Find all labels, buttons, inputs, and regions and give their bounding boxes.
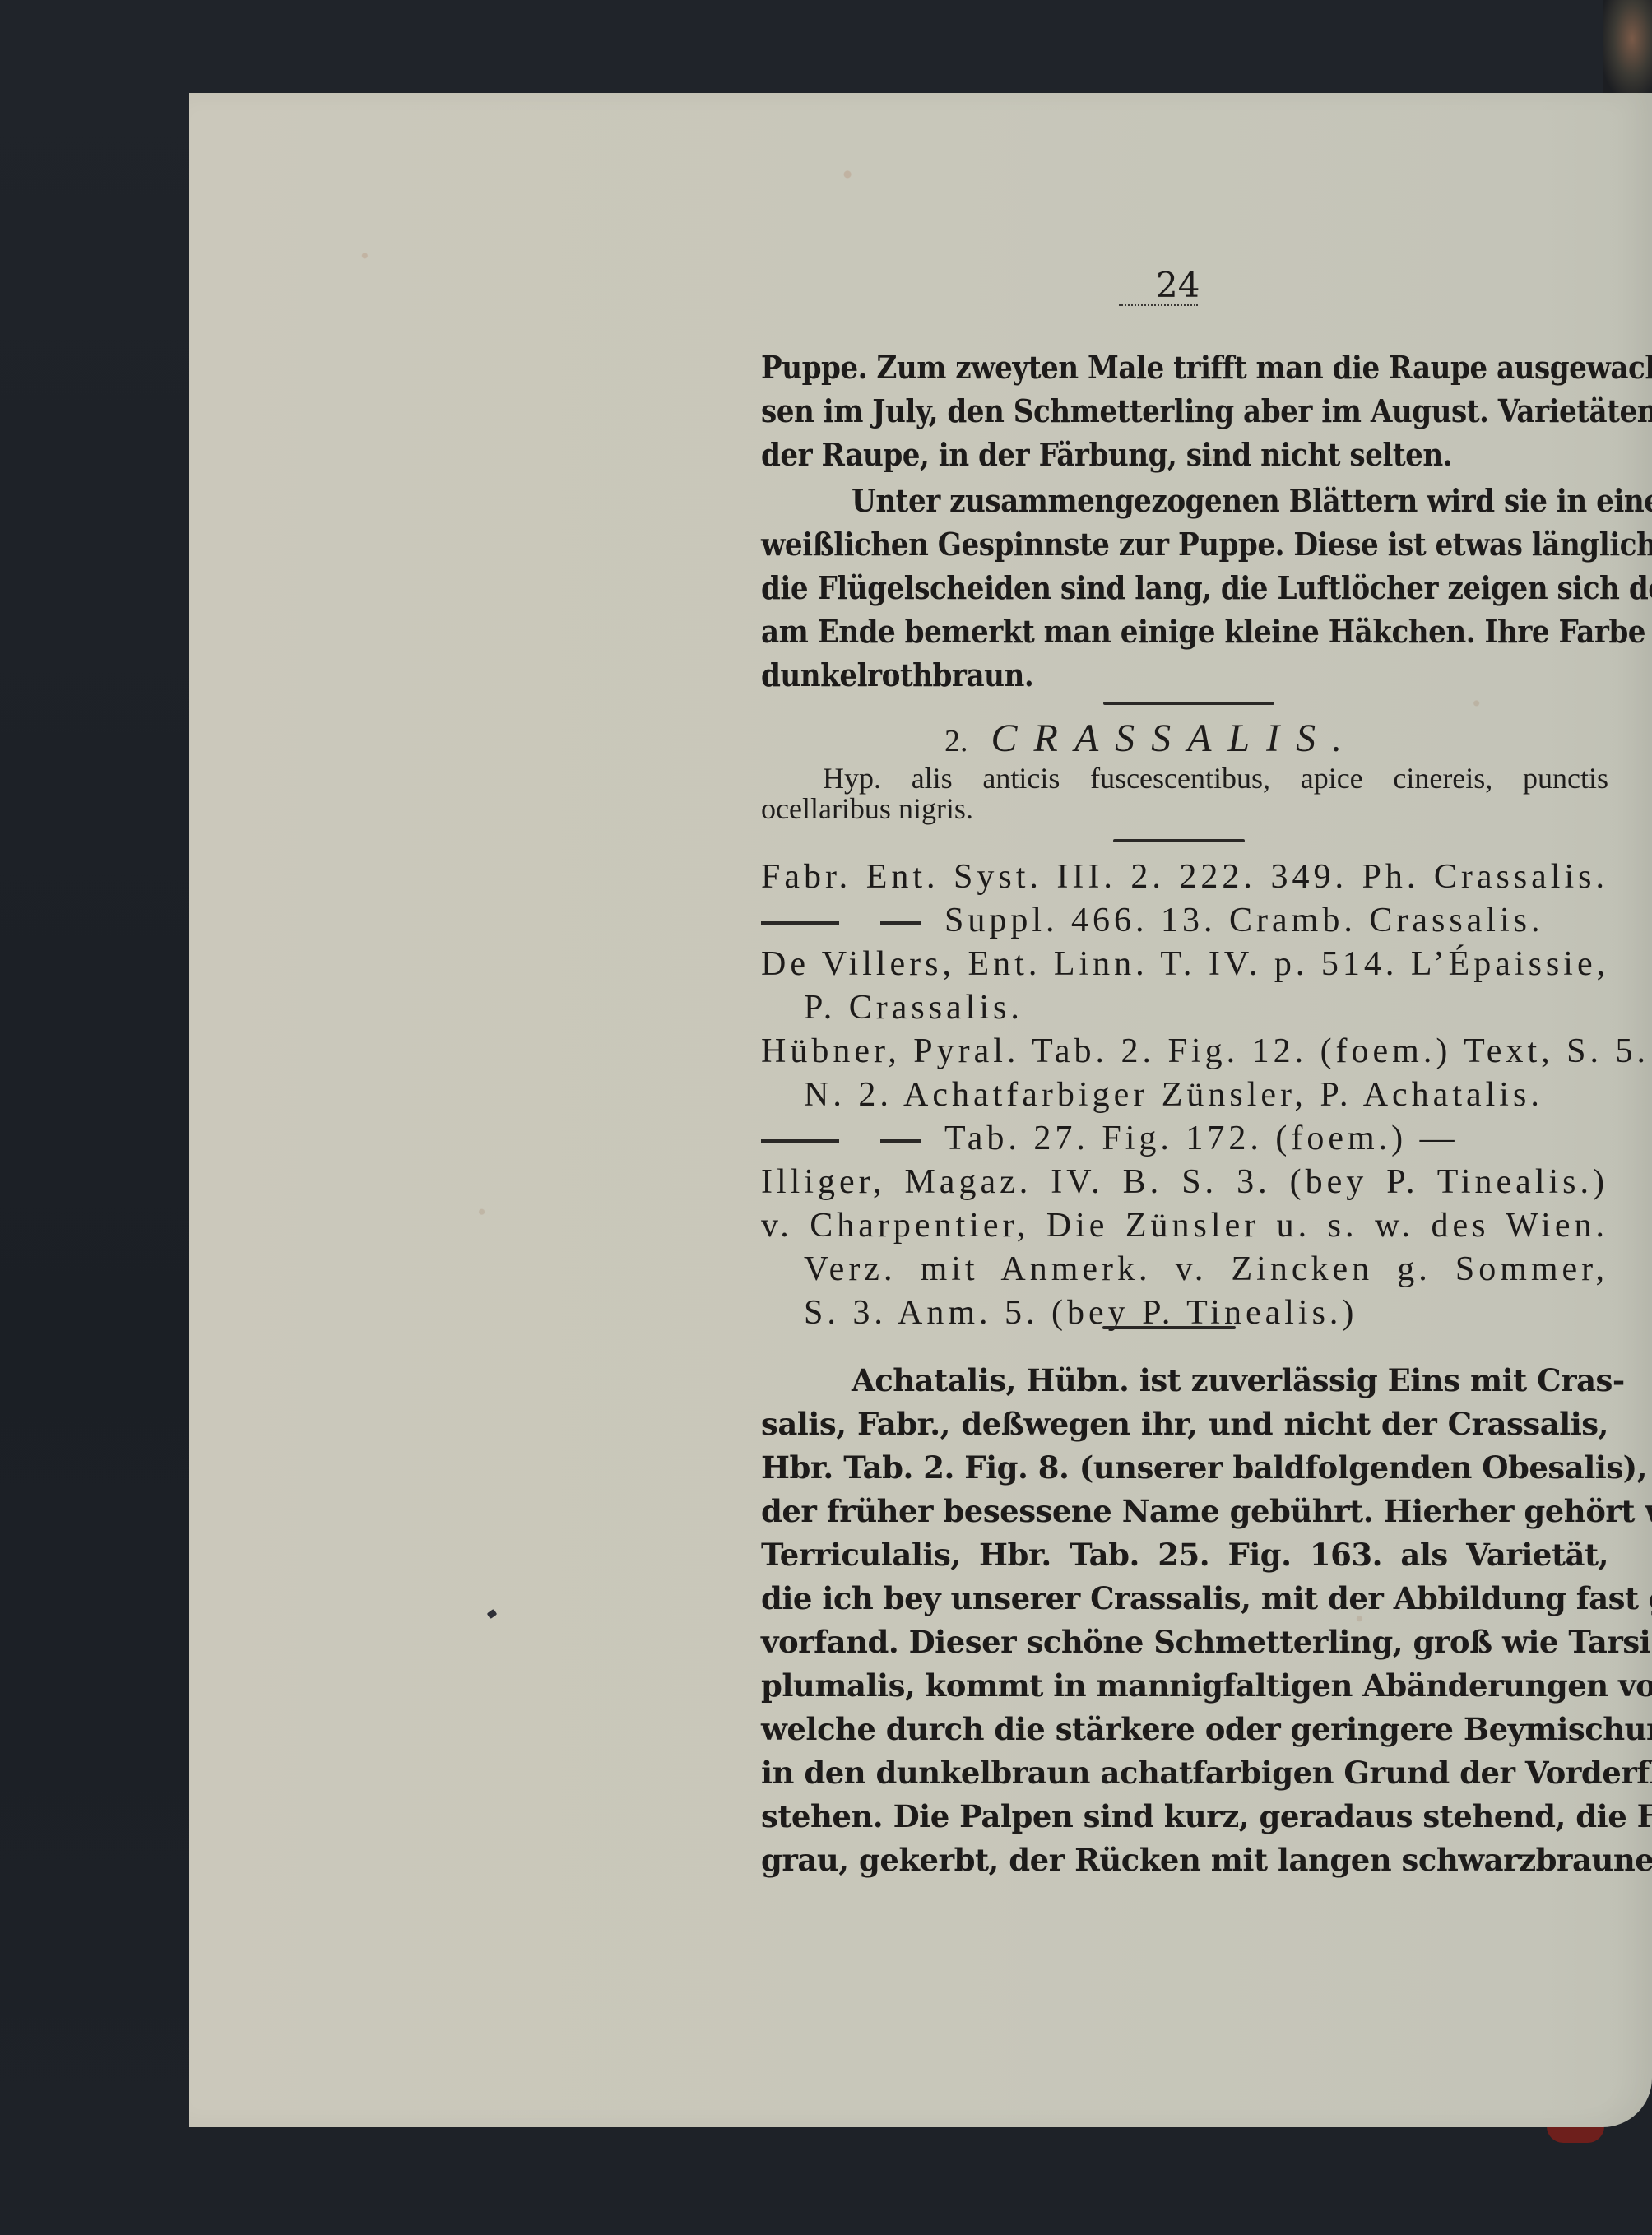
diagnosis-line: ocellaribus nigris. [761,794,1608,824]
reference-line: Hübner, Pyral. Tab. 2. Fig. 12. (foem.) … [761,1030,1608,1073]
reference-line: Tab. 27. Fig. 172. (foem.) — [761,1117,1608,1161]
text-line: welche durch die stärkere oder geringere… [761,1708,1608,1751]
ditto-dash-long [761,921,839,925]
text-line: stehen. Die Palpen sind kurz, geradaus s… [761,1795,1608,1839]
text-line: vorfand. Dieser schöne Schmetterling, gr… [761,1621,1608,1664]
ditto-dash-short [880,921,921,925]
reference-line: N. 2. Achatfarbiger Zünsler, P. Achatali… [761,1073,1608,1117]
species-diagnosis: Hyp. alis anticis fuscescentibus, apice … [761,763,1608,824]
text-line: die Flügelscheiden sind lang, die Luftlö… [761,566,1608,610]
species-number: 2. [944,724,968,758]
text-line: der Raupe, in der Färbung, sind nicht se… [761,433,1608,476]
book-binding-top [1603,0,1652,97]
intro-paragraph: Puppe. Zum zweyten Male trifft man die R… [761,345,1608,476]
pupa-paragraph: Unter zusammengezogenen Blättern wird si… [761,479,1608,697]
synonymy-references: Fabr. Ent. Syst. III. 2. 222. 349. Ph. C… [761,856,1608,1335]
text-line: salis, Fabr., deßwegen ihr, und nicht de… [761,1403,1608,1446]
reference-line: P. Crassalis. [761,986,1608,1030]
text-line: in den dunkelbraun achatfarbigen Grund d… [761,1751,1608,1795]
text-line: weißlichen Gespinnste zur Puppe. Diese i… [761,522,1608,566]
reference-line: Illiger, Magaz. IV. B. S. 3. (bey P. Tin… [761,1161,1608,1204]
book-binding-bottom [1547,2126,1604,2143]
references-divider [1113,839,1245,842]
species-name: CRASSALIS. [991,716,1359,760]
text-line: am Ende bemerkt man einige kleine Häkche… [761,610,1608,653]
reference-line: Suppl. 466. 13. Cramb. Crassalis. [761,899,1608,943]
reference-line: Verz. mit Anmerk. v. Zincken g. Sommer, [761,1248,1608,1291]
text-line: Hbr. Tab. 2. Fig. 8. (unserer baldfolgen… [761,1446,1608,1490]
text-line: plumalis, kommt in mannigfaltigen Abände… [761,1664,1608,1708]
text-line: Puppe. Zum zweyten Male trifft man die R… [761,345,1608,389]
discussion-divider [1102,1326,1236,1329]
reference-line: v. Charpentier, Die Zünsler u. s. w. des… [761,1204,1608,1248]
diagnosis-line: Hyp. alis anticis fuscescentibus, apice … [761,763,1608,794]
text-line: sen im July, den Schmetterling aber im A… [761,389,1608,433]
ditto-dash-long [761,1139,839,1143]
text-line: Achatalis, Hübn. ist zuverlässig Eins mi… [761,1359,1608,1403]
text-line: Terriculalis, Hbr. Tab. 25. Fig. 163. al… [761,1533,1608,1577]
text-line: grau, gekerbt, der Rücken mit langen sch… [761,1839,1608,1882]
reference-line: Fabr. Ent. Syst. III. 2. 222. 349. Ph. C… [761,856,1608,899]
discussion-paragraph: Achatalis, Hübn. ist zuverlässig Eins mi… [761,1359,1608,1882]
text-line: der früher besessene Name gebührt. Hierh… [761,1490,1608,1533]
page-number: 24 [1156,265,1200,305]
section-divider [1103,702,1274,705]
ditto-dash-short [880,1139,921,1143]
text-line: dunkelrothbraun. [761,653,1608,697]
text-line: die ich bey unserer Crassalis, mit der A… [761,1577,1608,1621]
page-number-rule [1119,304,1198,306]
reference-line: De Villers, Ent. Linn. T. IV. p. 514. L’… [761,943,1608,986]
text-line: Unter zusammengezogenen Blättern wird si… [761,479,1608,522]
species-heading: 2.CRASSALIS. [944,716,1358,761]
